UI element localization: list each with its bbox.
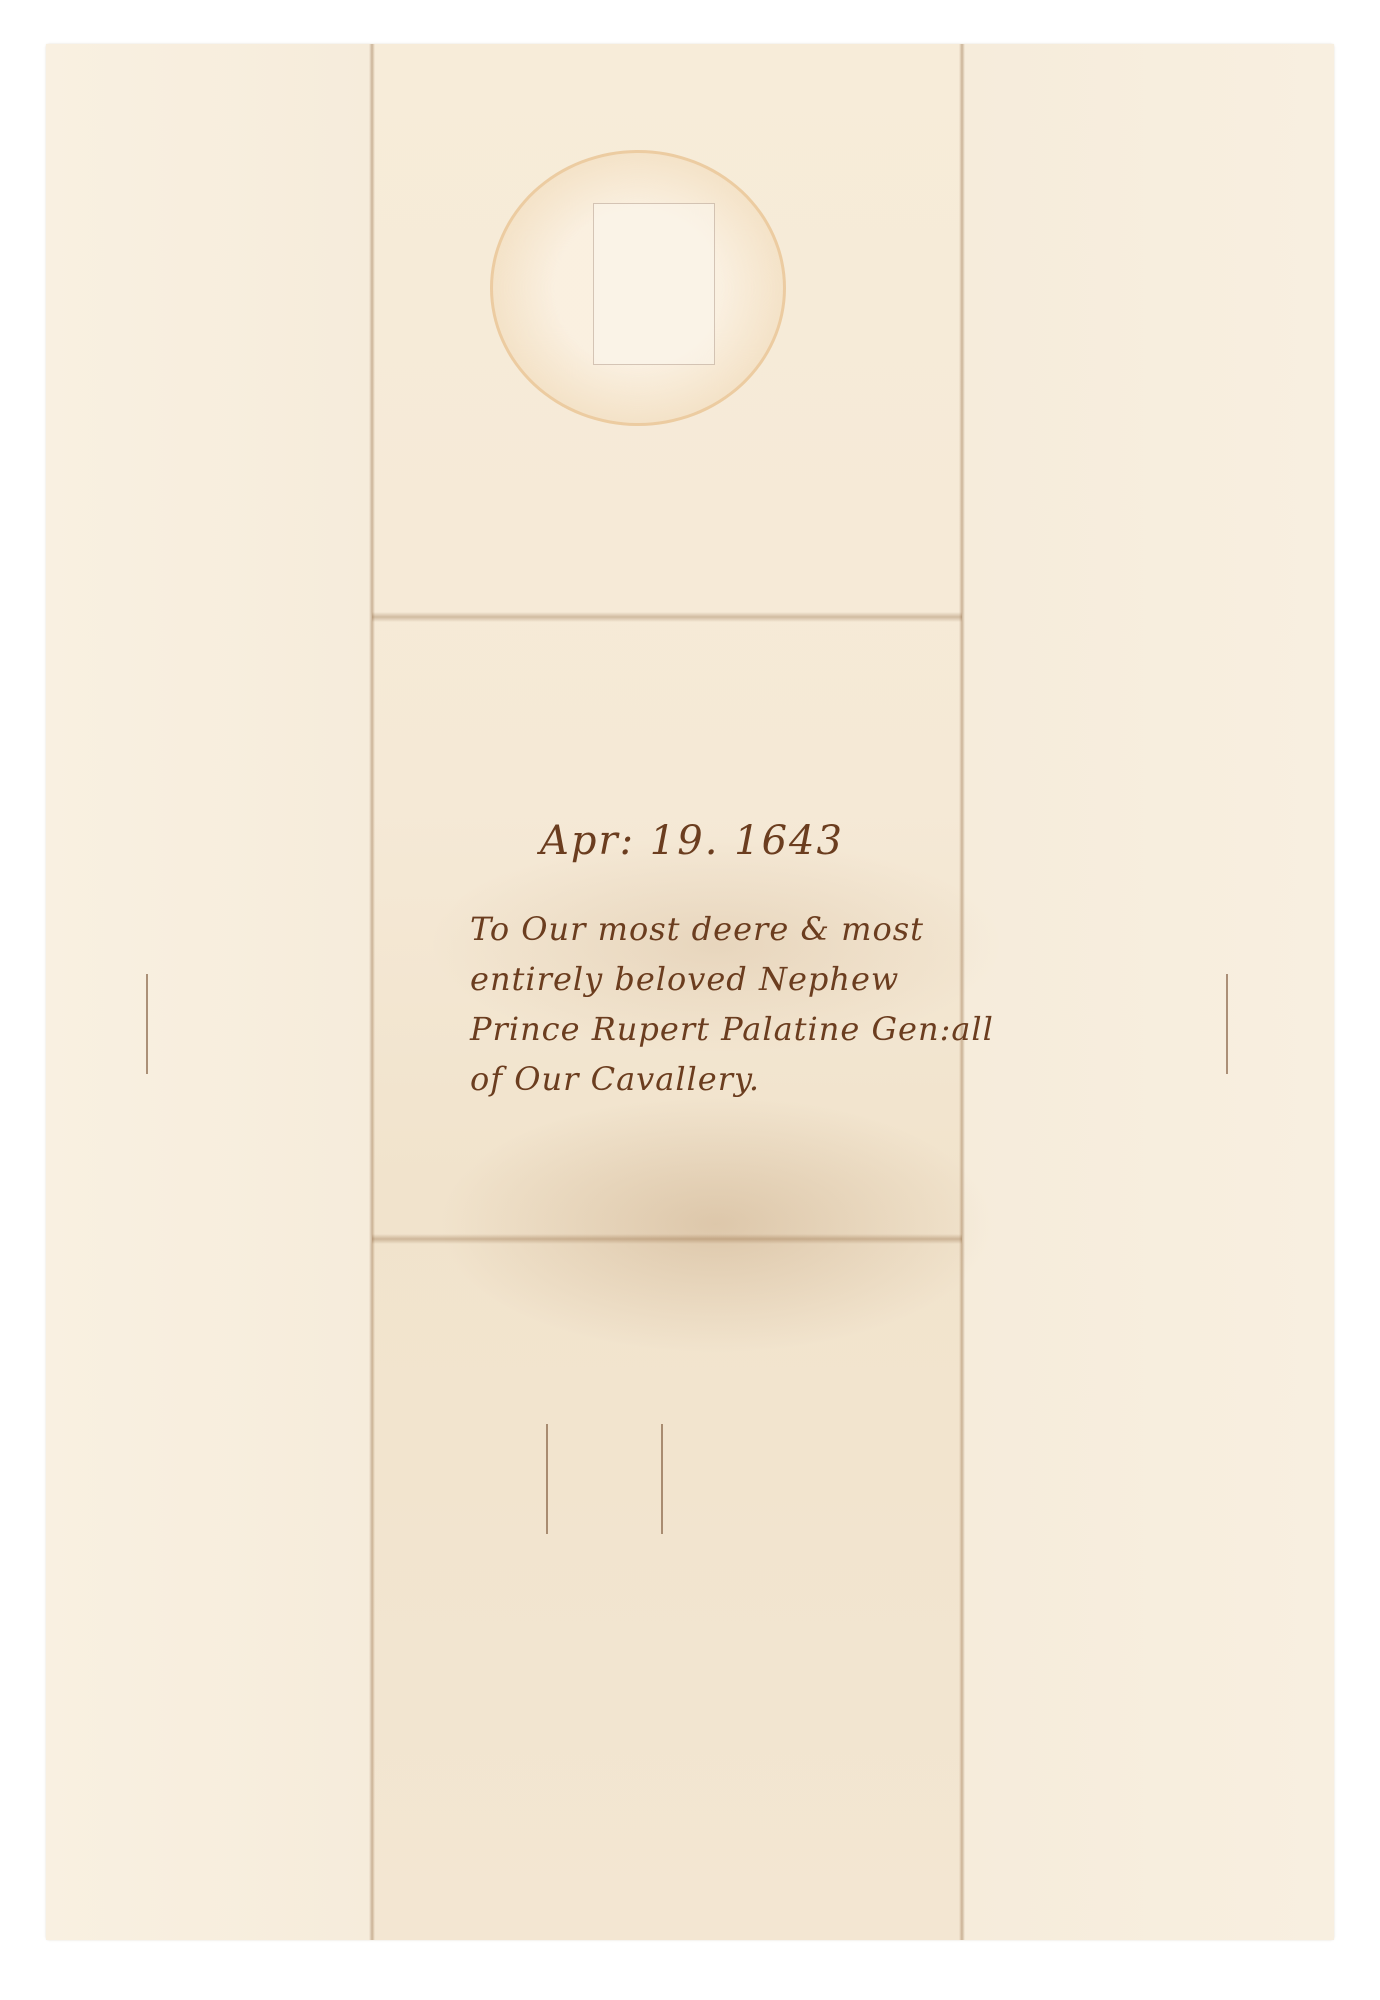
address-line: To Our most deere & most [470, 904, 970, 954]
vertical-fold-line-left [369, 44, 375, 1940]
slit-mark [1226, 974, 1228, 1074]
slit-mark [661, 1424, 663, 1534]
right-fold-panel [962, 44, 1334, 1940]
address-line: Prince Rupert Palatine Gen:all [470, 1004, 970, 1054]
left-fold-panel [46, 44, 372, 1940]
age-stain [436, 1094, 996, 1354]
address-block: Apr: 19. 1643 To Our most deere & most e… [470, 818, 970, 1104]
seal-paper-fragment [593, 203, 715, 365]
slit-mark [546, 1424, 548, 1534]
horizontal-fold-line-upper [372, 612, 962, 622]
address-line: of Our Cavallery. [470, 1054, 970, 1104]
slit-mark [146, 974, 148, 1074]
wax-seal-impression [490, 150, 786, 426]
address-line: entirely beloved Nephew [470, 954, 970, 1004]
docket-date: Apr: 19. 1643 [540, 818, 970, 864]
